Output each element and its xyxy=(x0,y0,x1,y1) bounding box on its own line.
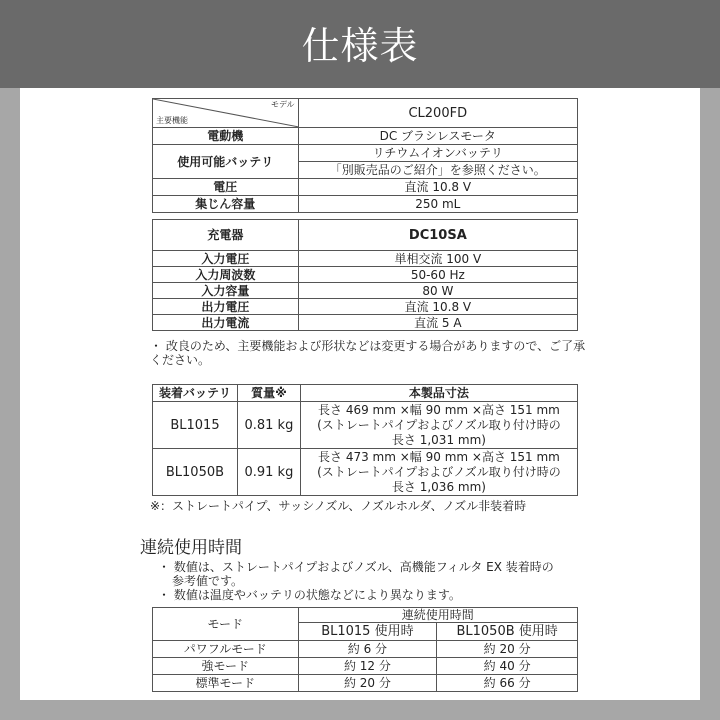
dimensions-line: (ストレートパイプおよびノズル取り付け時の xyxy=(301,418,577,433)
table-row: 強モード 約 12 分 約 40 分 xyxy=(153,658,578,675)
row-value: リチウムイオンバッテリ xyxy=(298,145,577,162)
runtime-value: 約 20 分 xyxy=(298,675,437,692)
row-value: 直流 10.8 V xyxy=(298,179,577,196)
runtime-header-row: モード 連続使用時間 xyxy=(153,608,578,623)
runtime-note: ・ 数値は、ストレートパイプおよびノズル、高機能フィルタ EX 装着時の xyxy=(158,560,598,574)
charger-label: 充電器 xyxy=(153,220,299,251)
function-label: 主要機能 xyxy=(156,117,188,125)
battery-model: BL1050B xyxy=(153,449,238,496)
runtime-value: 約 66 分 xyxy=(437,675,578,692)
mode-name: 標準モード xyxy=(153,675,299,692)
table-row: 出力電流 直流 5 A xyxy=(153,315,578,331)
improvement-note: ・ 改良のため、主要機能および形状などは変更する場合がありますので、ご了承くださ… xyxy=(150,339,590,367)
dimensions-cell: 長さ 469 mm ×幅 90 mm ×高さ 151 mm (ストレートパイプお… xyxy=(300,402,577,449)
table-row: 入力電圧 単相交流 100 V xyxy=(153,251,578,267)
spec-header-row: モデル 主要機能 CL200FD xyxy=(153,99,578,128)
row-label: 出力電流 xyxy=(153,315,299,331)
header-bar: 仕様表 xyxy=(0,0,720,88)
battery-model: BL1015 xyxy=(153,402,238,449)
table-row: パワフルモード 約 6 分 約 20 分 xyxy=(153,641,578,658)
row-value: 50-60 Hz xyxy=(298,267,577,283)
mode-name: パワフルモード xyxy=(153,641,299,658)
model-label: モデル xyxy=(271,101,295,109)
runtime-note: 参考値です。 xyxy=(158,574,598,588)
column-header: BL1050B 使用時 xyxy=(437,623,578,641)
runtime-section-title: 連続使用時間 xyxy=(140,533,242,558)
table-row: 使用可能バッテリ リチウムイオンバッテリ xyxy=(153,145,578,162)
row-value: 単相交流 100 V xyxy=(298,251,577,267)
runtime-value: 約 6 分 xyxy=(298,641,437,658)
table-row: 出力電圧 直流 10.8 V xyxy=(153,299,578,315)
battery-header-row: 装着バッテリ 質量※ 本製品寸法 xyxy=(153,385,578,402)
row-label: 電圧 xyxy=(153,179,299,196)
row-value: 直流 10.8 V xyxy=(298,299,577,315)
mode-name: 強モード xyxy=(153,658,299,675)
row-value: 250 mL xyxy=(298,196,577,213)
runtime-value: 約 12 分 xyxy=(298,658,437,675)
weight-note: ※：ストレートパイプ、サッシノズル、ノズルホルダ、ノズル非装着時 xyxy=(150,499,590,513)
dimensions-line: 長さ 1,036 mm) xyxy=(301,480,577,495)
runtime-table: モード 連続使用時間 BL1015 使用時 BL1050B 使用時 パワフルモー… xyxy=(152,607,578,692)
row-label: 電動機 xyxy=(153,128,299,145)
spec-panel: モデル 主要機能 CL200FD 電動機 DC ブラシレスモータ 使用可能バッテ… xyxy=(20,88,700,700)
runtime-note: ・ 数値は温度やバッテリの状態などにより異なります。 xyxy=(158,588,598,602)
weight-value: 0.81 kg xyxy=(237,402,300,449)
mode-header: モード xyxy=(153,608,299,641)
row-label: 入力周波数 xyxy=(153,267,299,283)
table-row: 電動機 DC ブラシレスモータ xyxy=(153,128,578,145)
dimensions-line: 長さ 473 mm ×幅 90 mm ×高さ 151 mm xyxy=(301,450,577,465)
runtime-group-header: 連続使用時間 xyxy=(298,608,577,623)
weight-value: 0.91 kg xyxy=(237,449,300,496)
runtime-value: 約 20 分 xyxy=(437,641,578,658)
table-row: 電圧 直流 10.8 V xyxy=(153,179,578,196)
row-value: DC ブラシレスモータ xyxy=(298,128,577,145)
table-row: 標準モード 約 20 分 約 66 分 xyxy=(153,675,578,692)
charger-table: 充電器 DC10SA 入力電圧 単相交流 100 V 入力周波数 50-60 H… xyxy=(152,219,578,331)
table-row: 集じん容量 250 mL xyxy=(153,196,578,213)
row-label: 入力電圧 xyxy=(153,251,299,267)
charger-header-row: 充電器 DC10SA xyxy=(153,220,578,251)
row-value: 直流 5 A xyxy=(298,315,577,331)
row-value: 80 W xyxy=(298,283,577,299)
row-label: 集じん容量 xyxy=(153,196,299,213)
spec-table: モデル 主要機能 CL200FD 電動機 DC ブラシレスモータ 使用可能バッテ… xyxy=(152,98,578,213)
runtime-notes: ・ 数値は、ストレートパイプおよびノズル、高機能フィルタ EX 装着時の 参考値… xyxy=(158,560,598,602)
row-value: 「別販売品のご紹介」を参照ください。 xyxy=(298,162,577,179)
column-header: 本製品寸法 xyxy=(300,385,577,402)
table-row: BL1050B 0.91 kg 長さ 473 mm ×幅 90 mm ×高さ 1… xyxy=(153,449,578,496)
dimensions-line: 長さ 1,031 mm) xyxy=(301,433,577,448)
model-name: CL200FD xyxy=(298,99,577,128)
battery-table: 装着バッテリ 質量※ 本製品寸法 BL1015 0.81 kg 長さ 469 m… xyxy=(152,384,578,496)
row-label: 出力電圧 xyxy=(153,299,299,315)
dimensions-line: 長さ 469 mm ×幅 90 mm ×高さ 151 mm xyxy=(301,403,577,418)
charger-model: DC10SA xyxy=(298,220,577,251)
page-title: 仕様表 xyxy=(301,15,418,70)
column-header: 質量※ xyxy=(237,385,300,402)
column-header: BL1015 使用時 xyxy=(298,623,437,641)
dimensions-cell: 長さ 473 mm ×幅 90 mm ×高さ 151 mm (ストレートパイプお… xyxy=(300,449,577,496)
table-row: 入力容量 80 W xyxy=(153,283,578,299)
table-row: BL1015 0.81 kg 長さ 469 mm ×幅 90 mm ×高さ 15… xyxy=(153,402,578,449)
column-header: 装着バッテリ xyxy=(153,385,238,402)
corner-cell: モデル 主要機能 xyxy=(153,99,299,128)
row-label: 入力容量 xyxy=(153,283,299,299)
row-label: 使用可能バッテリ xyxy=(153,145,299,179)
dimensions-line: (ストレートパイプおよびノズル取り付け時の xyxy=(301,465,577,480)
table-row: 入力周波数 50-60 Hz xyxy=(153,267,578,283)
runtime-value: 約 40 分 xyxy=(437,658,578,675)
